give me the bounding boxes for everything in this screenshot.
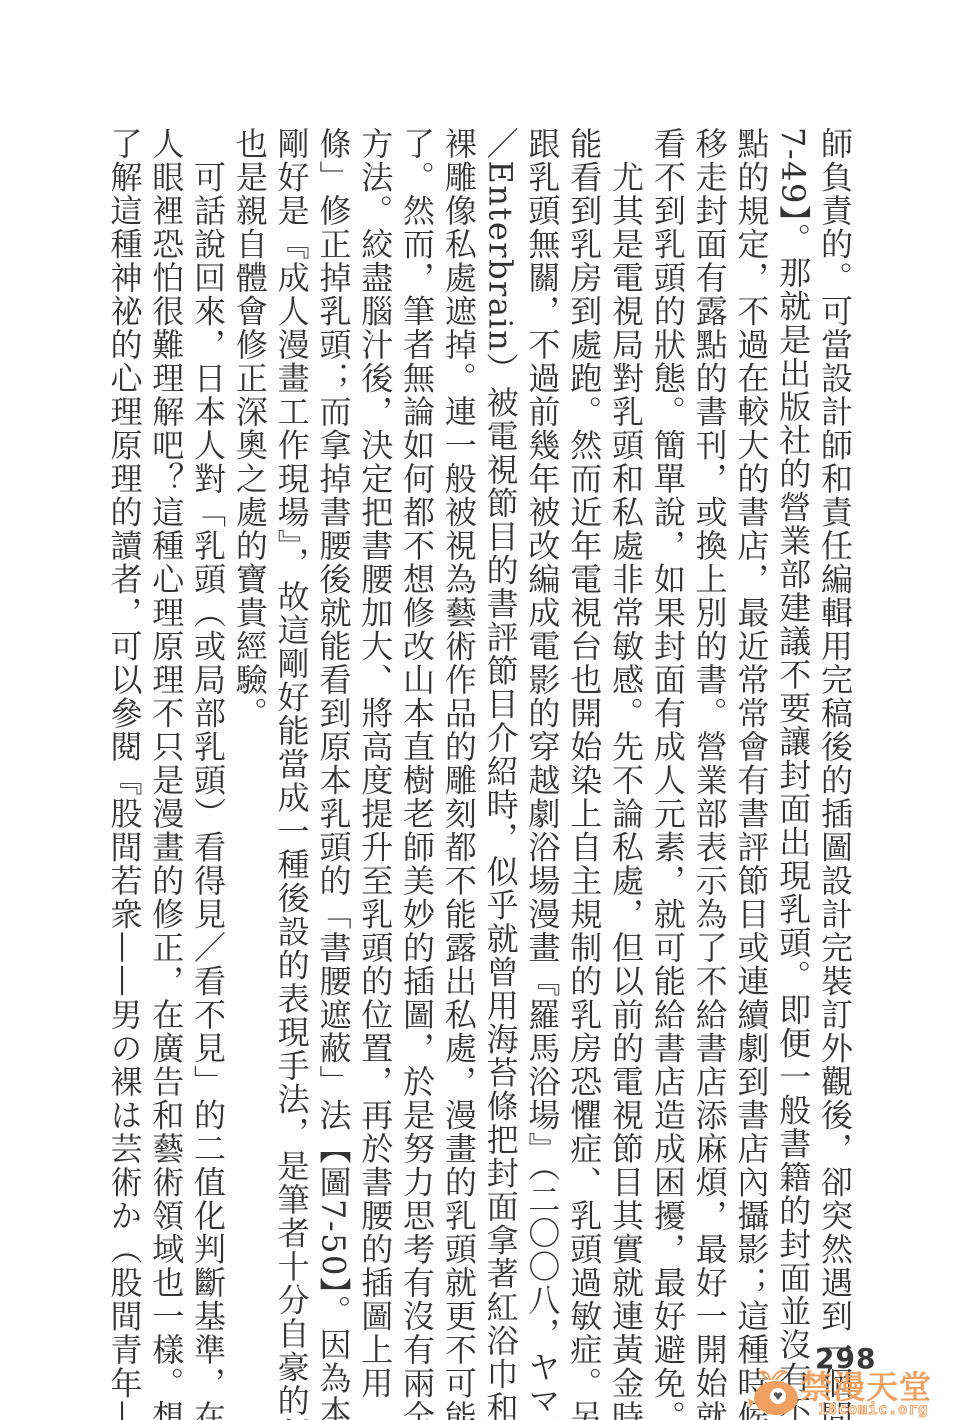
text-column-4: 移走封面有露點的書刊，或換上別的書。營業部表示為了不給書店添麻煩，最好一開始就設… — [688, 127, 730, 1267]
text-column-18: 了解這種神祕的心理原理的讀者，可以參閱『股間若衆——男の裸は芸術か（股間青年——… — [103, 127, 145, 1267]
text-column-8: 跟乳頭無關，不過前幾年被改編成電影的穿越劇浴場漫畫『羅馬浴場』（二〇〇八，ヤマザ… — [521, 127, 563, 1267]
text-column-10: 裸雕像私處遮掉。連一般被視為藝術作品的雕刻都不能露出私處，漫畫的乳頭就更不可能裸… — [437, 127, 479, 1267]
text-column-1: 師負責的。可當設計師和責任編輯用完稿後的插圖設計完裝訂外觀後，卻突然遇到一個問題… — [813, 127, 855, 1267]
text-column-14: 剛好是『成人漫畫工作現場』，故這剛好能當成一種後設的表現手法，是筆者十分自豪的創… — [270, 127, 312, 1267]
vertical-body-text: 師負責的。可當設計師和責任編輯用完稿後的插圖設計完裝訂外觀後，卻突然遇到一個問題… — [85, 127, 855, 1267]
text-column-9: ／Enterbrain）被電視節目的書評節目介紹時，似乎就曾用海苔條把封面拿著紅… — [479, 127, 521, 1267]
site-watermark: 禁漫天堂 18comic.org — [748, 1360, 958, 1420]
text-column-6: 尤其是電視局對乳頭和私處非常敏感。先不論私處，但以前的電視節目其實就連黃金時段都 — [604, 127, 646, 1267]
text-column-5: 看不到乳頭的狀態。簡單說，如果封面有成人元素，就可能給書店造成困擾，最好避免。 — [646, 127, 688, 1267]
text-column-11: 了。然而，筆者無論如何都不想修改山本直樹老師美妙的插圖，於是努力思考有沒有兩全其… — [395, 127, 437, 1267]
book-page: 師負責的。可當設計師和責任編輯用完稿後的插圖設計完裝訂外觀後，卻突然遇到一個問題… — [0, 0, 960, 1420]
text-column-2: 7-49】。那就是出版社的營業部建議不要讓封面出現乳頭。即便一般書籍的封面並沒有… — [771, 127, 813, 1267]
text-column-16: 可話說回來，日本人對「乳頭（或局部乳頭）看得見／看不見」的二值化判斷基準，在外國 — [186, 127, 228, 1267]
text-column-7: 能看到乳房到處跑。然而近年電視台也開始染上自主規制的乳房恐懼症、乳頭過敏症。另外… — [562, 127, 604, 1267]
mascot-logo-icon — [748, 1366, 800, 1416]
text-column-12: 方法。絞盡腦汁後，決定把書腰加大、將高度提升至乳頭的位置，再於書腰的插圖上用「海… — [353, 127, 395, 1267]
text-column-17: 人眼裡恐怕很難理解吧？這種心理原理不只是漫畫的修正，在廣告和藝術領域也一樣。想更… — [144, 127, 186, 1267]
text-column-13: 條」修正掉乳頭；而拿掉書腰後就能看到原本乳頭的「書腰遮蔽」法【圖7-50】。因為… — [312, 127, 354, 1267]
text-column-3: 點的規定，不過在較大的書店，最近常常會有書評節目或連續劇到書店內攝影；這種時候就… — [730, 127, 772, 1267]
watermark-url: 18comic.org — [818, 1400, 928, 1418]
text-column-15: 也是親自體會修正深奧之處的寶貴經驗。 — [228, 127, 270, 1267]
